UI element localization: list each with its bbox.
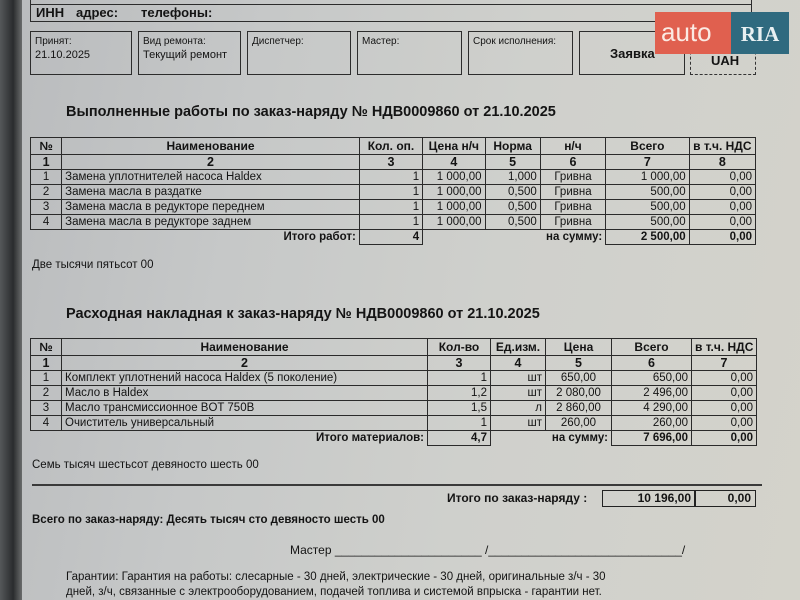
cell-vat: 0,00 <box>689 170 755 185</box>
cell-unit: Гривна <box>540 215 605 230</box>
master-field: Мастер: <box>357 31 462 75</box>
cell-norm: 0,500 <box>485 215 540 230</box>
section-divider <box>32 484 762 486</box>
table-row: 3Замена масла в редукторе переднем11 000… <box>31 200 756 215</box>
total-label: Итого материалов: <box>31 431 428 446</box>
signature-line-1: ______________________ <box>335 543 482 557</box>
sum-total: 2 500,00 <box>606 230 689 245</box>
signature-end: / <box>682 543 685 557</box>
cell-n: 3 <box>31 401 62 416</box>
cell-vat: 0,00 <box>689 185 755 200</box>
column-header: Всего <box>606 138 689 155</box>
cell-price: 260,00 <box>546 416 612 431</box>
cell-total: 500,00 <box>606 200 689 215</box>
cell-total: 500,00 <box>606 185 689 200</box>
cell-price: 1 000,00 <box>423 185 485 200</box>
column-header: Цена н/ч <box>423 138 485 155</box>
cell-qty: 1,5 <box>428 401 491 416</box>
cell-qty: 1 <box>428 371 491 386</box>
cell-total: 1 000,00 <box>606 170 689 185</box>
table-row: 4Очиститель универсальный1шт260,00260,00… <box>31 416 757 431</box>
column-header: Норма <box>485 138 540 155</box>
column-number: 3 <box>428 356 491 371</box>
watermark-auto: auto <box>655 12 731 54</box>
materials-title: Расходная накладная к заказ-наряду № НДВ… <box>66 306 540 322</box>
cell-unit: шт <box>491 416 546 431</box>
cell-price: 1 000,00 <box>423 200 485 215</box>
sum-label: на сумму: <box>423 230 606 245</box>
column-number-row: 1234567 <box>31 356 757 371</box>
column-number: 4 <box>423 155 485 170</box>
sum-vat: 0,00 <box>689 230 755 245</box>
materials-sum-in-words: Семь тысяч шестьсот девяносто шесть 00 <box>32 459 259 471</box>
works-sum-in-words: Две тысячи пятьсот 00 <box>32 259 153 271</box>
received-field: Принят: 21.10.2025 <box>30 31 132 75</box>
works-table: №НаименованиеКол. оп.Цена н/чНорман/чВсе… <box>30 137 756 245</box>
cell-total: 4 290,00 <box>612 401 692 416</box>
column-number: 5 <box>485 155 540 170</box>
cell-n: 1 <box>31 371 62 386</box>
cell-qty: 1 <box>428 416 491 431</box>
cell-unit: л <box>491 401 546 416</box>
cell-n: 4 <box>31 416 62 431</box>
cell-name: Замена масла в редукторе переднем <box>62 200 360 215</box>
grand-total-vat: 0,00 <box>694 490 756 507</box>
cell-total: 650,00 <box>612 371 692 386</box>
cell-qty: 1 <box>359 215 422 230</box>
cell-vat: 0,00 <box>689 200 755 215</box>
column-header: Кол. оп. <box>359 138 422 155</box>
cell-name: Комплект уплотнений насоса Haldex (5 пок… <box>62 371 428 386</box>
cell-name: Очиститель универсальный <box>62 416 428 431</box>
dispatcher-field: Диспетчер: <box>247 31 351 75</box>
column-number: 7 <box>606 155 689 170</box>
grand-total-in-words: Всего по заказ-наряду: Десять тысяч сто … <box>32 514 385 526</box>
cell-unit: шт <box>491 371 546 386</box>
table-row: 3Масло трансмиссионное BOT 750B1,5л2 860… <box>31 401 757 416</box>
inn-row: ИНН адрес: телефоны: <box>30 4 752 22</box>
column-number: 1 <box>31 155 62 170</box>
column-number: 1 <box>31 356 62 371</box>
master-label: Мастер: <box>362 36 399 47</box>
column-header: в т.ч. НДС <box>692 339 757 356</box>
cell-price: 2 860,00 <box>546 401 612 416</box>
cell-unit: Гривна <box>540 170 605 185</box>
table-row: 4Замена масла в редукторе заднем11 000,0… <box>31 215 756 230</box>
cell-n: 3 <box>31 200 62 215</box>
sum-total: 7 696,00 <box>612 431 692 446</box>
phones-label: телефоны: <box>141 5 212 20</box>
column-number: 5 <box>546 356 612 371</box>
column-number: 7 <box>692 356 757 371</box>
column-header: Кол-во <box>428 339 491 356</box>
column-header: Наименование <box>62 138 360 155</box>
total-qty: 4,7 <box>428 431 491 446</box>
cell-n: 4 <box>31 215 62 230</box>
warranty-text: Гарантии: Гарантия на работы: слесарные … <box>66 570 606 600</box>
cell-total: 260,00 <box>612 416 692 431</box>
cell-unit: Гривна <box>540 200 605 215</box>
cell-qty: 1 <box>359 170 422 185</box>
totals-row: Итого работ:4на сумму:2 500,000,00 <box>31 230 756 245</box>
inn-label: ИНН <box>36 5 64 20</box>
column-header: н/ч <box>540 138 605 155</box>
total-label: Итого работ: <box>31 230 360 245</box>
cell-qty: 1 <box>359 185 422 200</box>
deadline-field: Срок исполнения: <box>468 31 573 75</box>
repair-type-label: Вид ремонта: <box>143 36 206 47</box>
repair-type-field: Вид ремонта: Текущий ремонт <box>138 31 241 75</box>
grand-total-value: 10 196,00 <box>602 490 696 507</box>
column-number: 6 <box>540 155 605 170</box>
address-label: адрес: <box>76 5 118 20</box>
cell-vat: 0,00 <box>692 371 757 386</box>
cell-name: Масло в Haldex <box>62 386 428 401</box>
cell-price: 2 080,00 <box>546 386 612 401</box>
cell-norm: 0,500 <box>485 185 540 200</box>
cell-norm: 0,500 <box>485 200 540 215</box>
cell-name: Замена масла в редукторе заднем <box>62 215 360 230</box>
works-title: Выполненные работы по заказ-наряду № НДВ… <box>66 104 556 120</box>
column-number: 3 <box>359 155 422 170</box>
monitor-bezel <box>0 0 22 600</box>
header-row: №НаименованиеКол. оп.Цена н/чНорман/чВсе… <box>31 138 756 155</box>
cell-name: Замена масла в раздатке <box>62 185 360 200</box>
warranty-line-2: дней, з/ч, связанные с электрооборудован… <box>66 585 606 600</box>
cell-name: Замена уплотнителей насоса Haldex <box>62 170 360 185</box>
table-row: 2Замена масла в раздатке11 000,000,500Гр… <box>31 185 756 200</box>
cell-total: 2 496,00 <box>612 386 692 401</box>
total-qty: 4 <box>359 230 422 245</box>
column-header: в т.ч. НДС <box>689 138 755 155</box>
cell-n: 2 <box>31 386 62 401</box>
column-number: 2 <box>62 356 428 371</box>
warranty-line-1: Гарантии: Гарантия на работы: слесарные … <box>66 570 606 585</box>
cell-n: 2 <box>31 185 62 200</box>
request-label: Заявка <box>610 46 655 61</box>
column-number: 6 <box>612 356 692 371</box>
cell-vat: 0,00 <box>692 386 757 401</box>
cell-norm: 1,000 <box>485 170 540 185</box>
cell-qty: 1 <box>359 200 422 215</box>
column-header: № <box>31 339 62 356</box>
cell-price: 650,00 <box>546 371 612 386</box>
received-label: Принят: <box>35 36 72 47</box>
column-header: Ед.изм. <box>491 339 546 356</box>
cell-unit: шт <box>491 386 546 401</box>
column-number: 8 <box>689 155 755 170</box>
cell-price: 1 000,00 <box>423 170 485 185</box>
sum-vat: 0,00 <box>692 431 757 446</box>
column-number-row: 12345678 <box>31 155 756 170</box>
dispatcher-label: Диспетчер: <box>252 36 304 47</box>
column-number: 4 <box>491 356 546 371</box>
watermark-ria: RIA <box>731 12 789 54</box>
totals-row: Итого материалов:4,7на сумму:7 696,000,0… <box>31 431 757 446</box>
cell-vat: 0,00 <box>692 416 757 431</box>
autoria-watermark: auto RIA <box>655 12 789 54</box>
header-row: №НаименованиеКол-воЕд.изм.ЦенаВсегов т.ч… <box>31 339 757 356</box>
materials-table: №НаименованиеКол-воЕд.изм.ЦенаВсегов т.ч… <box>30 338 757 446</box>
repair-type-value: Текущий ремонт <box>143 49 227 61</box>
column-header: Наименование <box>62 339 428 356</box>
signature-line-2: _____________________________ <box>488 543 682 557</box>
column-number: 2 <box>62 155 360 170</box>
column-header: Всего <box>612 339 692 356</box>
master-signature: Мастер ______________________ /_________… <box>290 543 685 557</box>
document-page: ИНН адрес: телефоны: Принят: 21.10.2025 … <box>22 0 800 600</box>
cell-vat: 0,00 <box>692 401 757 416</box>
received-value: 21.10.2025 <box>35 49 90 61</box>
table-row: 1Комплект уплотнений насоса Haldex (5 по… <box>31 371 757 386</box>
cell-qty: 1,2 <box>428 386 491 401</box>
deadline-label: Срок исполнения: <box>473 36 556 47</box>
cell-name: Масло трансмиссионное BOT 750B <box>62 401 428 416</box>
column-header: № <box>31 138 62 155</box>
cell-unit: Гривна <box>540 185 605 200</box>
table-row: 2Масло в Haldex1,2шт2 080,002 496,000,00 <box>31 386 757 401</box>
cell-price: 1 000,00 <box>423 215 485 230</box>
cell-vat: 0,00 <box>689 215 755 230</box>
cell-n: 1 <box>31 170 62 185</box>
sum-label: на сумму: <box>491 431 612 446</box>
currency-value: UAH <box>711 53 739 68</box>
signature-label: Мастер <box>290 543 332 557</box>
column-header: Цена <box>546 339 612 356</box>
grand-total-label: Итого по заказ-наряду : <box>447 491 587 505</box>
cell-total: 500,00 <box>606 215 689 230</box>
table-row: 1Замена уплотнителей насоса Haldex11 000… <box>31 170 756 185</box>
